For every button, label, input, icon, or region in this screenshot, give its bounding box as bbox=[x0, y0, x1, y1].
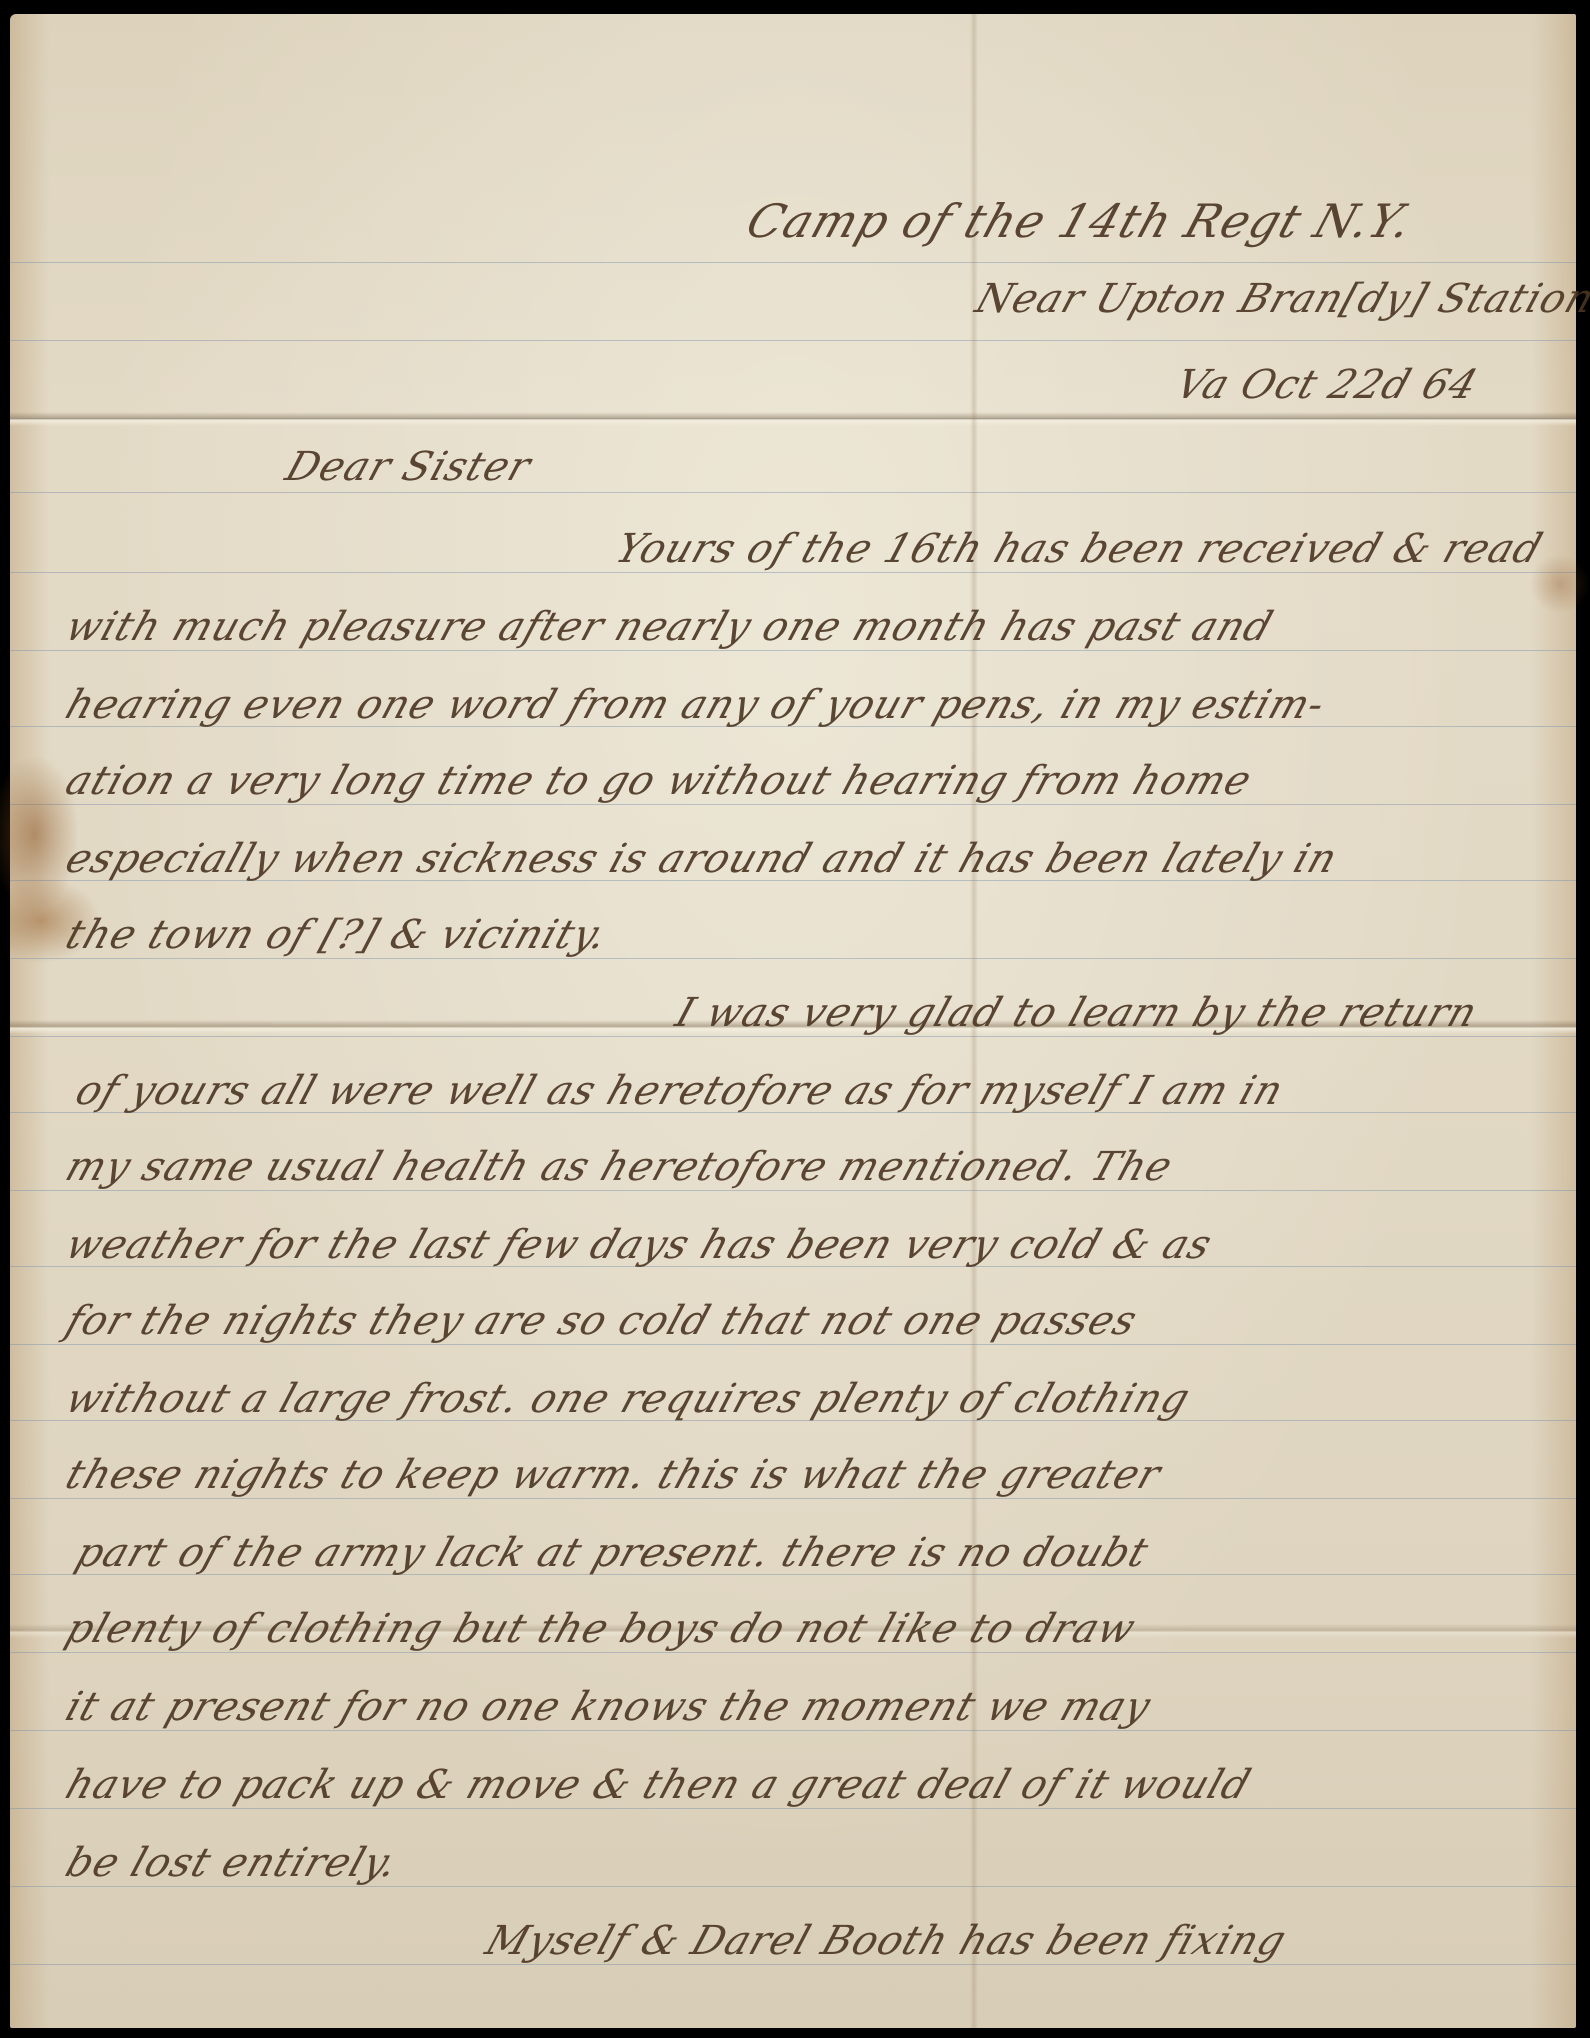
heading-line-1: Camp of the 14th Regt N.Y. bbox=[740, 194, 1420, 248]
ruled-line bbox=[10, 1190, 1576, 1191]
heading-line-3: Va Oct 22d 64 bbox=[1170, 362, 1484, 408]
ruled-line bbox=[10, 1036, 1576, 1037]
body-line: ation a very long time to go without hea… bbox=[60, 758, 1258, 804]
ruled-line bbox=[10, 1808, 1576, 1809]
body-line: it at present for no one knows the momen… bbox=[60, 1684, 1157, 1730]
body-line: of yours all were well as heretofore as … bbox=[70, 1068, 1289, 1114]
body-line: be lost entirely. bbox=[60, 1840, 404, 1886]
body-line: for the nights they are so cold that not… bbox=[60, 1298, 1143, 1344]
body-line: the town of [?] & vicinity. bbox=[60, 912, 614, 958]
body-line: part of the army lack at present. there … bbox=[70, 1530, 1155, 1576]
ruled-line bbox=[10, 262, 1576, 263]
ruled-line bbox=[10, 1886, 1576, 1887]
ruled-line bbox=[10, 340, 1576, 341]
fold-crease-upper bbox=[10, 412, 1576, 426]
body-line: with much pleasure after nearly one mont… bbox=[60, 604, 1279, 650]
letter-page: Camp of the 14th Regt N.Y. Near Upton Br… bbox=[10, 14, 1576, 2028]
ruled-line bbox=[10, 492, 1576, 493]
body-line: weather for the last few days has been v… bbox=[60, 1222, 1218, 1268]
body-line: especially when sickness is around and i… bbox=[60, 836, 1343, 882]
ruled-line bbox=[10, 804, 1576, 805]
body-line: have to pack up & move & then a great de… bbox=[60, 1762, 1257, 1808]
body-line: my same usual health as heretofore menti… bbox=[60, 1144, 1179, 1190]
body-line: these nights to keep warm. this is what … bbox=[60, 1452, 1167, 1498]
ruled-line bbox=[10, 1498, 1576, 1499]
body-line: plenty of clothing but the boys do not l… bbox=[60, 1606, 1142, 1652]
ruled-line bbox=[10, 1344, 1576, 1345]
body-line: hearing even one word from any of your p… bbox=[60, 682, 1331, 728]
body-line: Myself & Darel Booth has been fixing bbox=[480, 1918, 1292, 1964]
ruled-line bbox=[10, 572, 1576, 573]
ruled-line bbox=[10, 1730, 1576, 1731]
heading-line-2: Near Upton Bran[dy] Station bbox=[970, 276, 1590, 322]
stain bbox=[1530, 554, 1590, 614]
body-line: I was very glad to learn by the return bbox=[670, 990, 1483, 1036]
ruled-line bbox=[10, 1964, 1576, 1965]
ruled-line bbox=[10, 650, 1576, 651]
body-line: Yours of the 16th has been received & re… bbox=[610, 526, 1548, 572]
body-line: without a large frost. one requires plen… bbox=[60, 1376, 1196, 1422]
salutation: Dear Sister bbox=[280, 444, 537, 490]
ruled-line bbox=[10, 958, 1576, 959]
ruled-line bbox=[10, 1652, 1576, 1653]
